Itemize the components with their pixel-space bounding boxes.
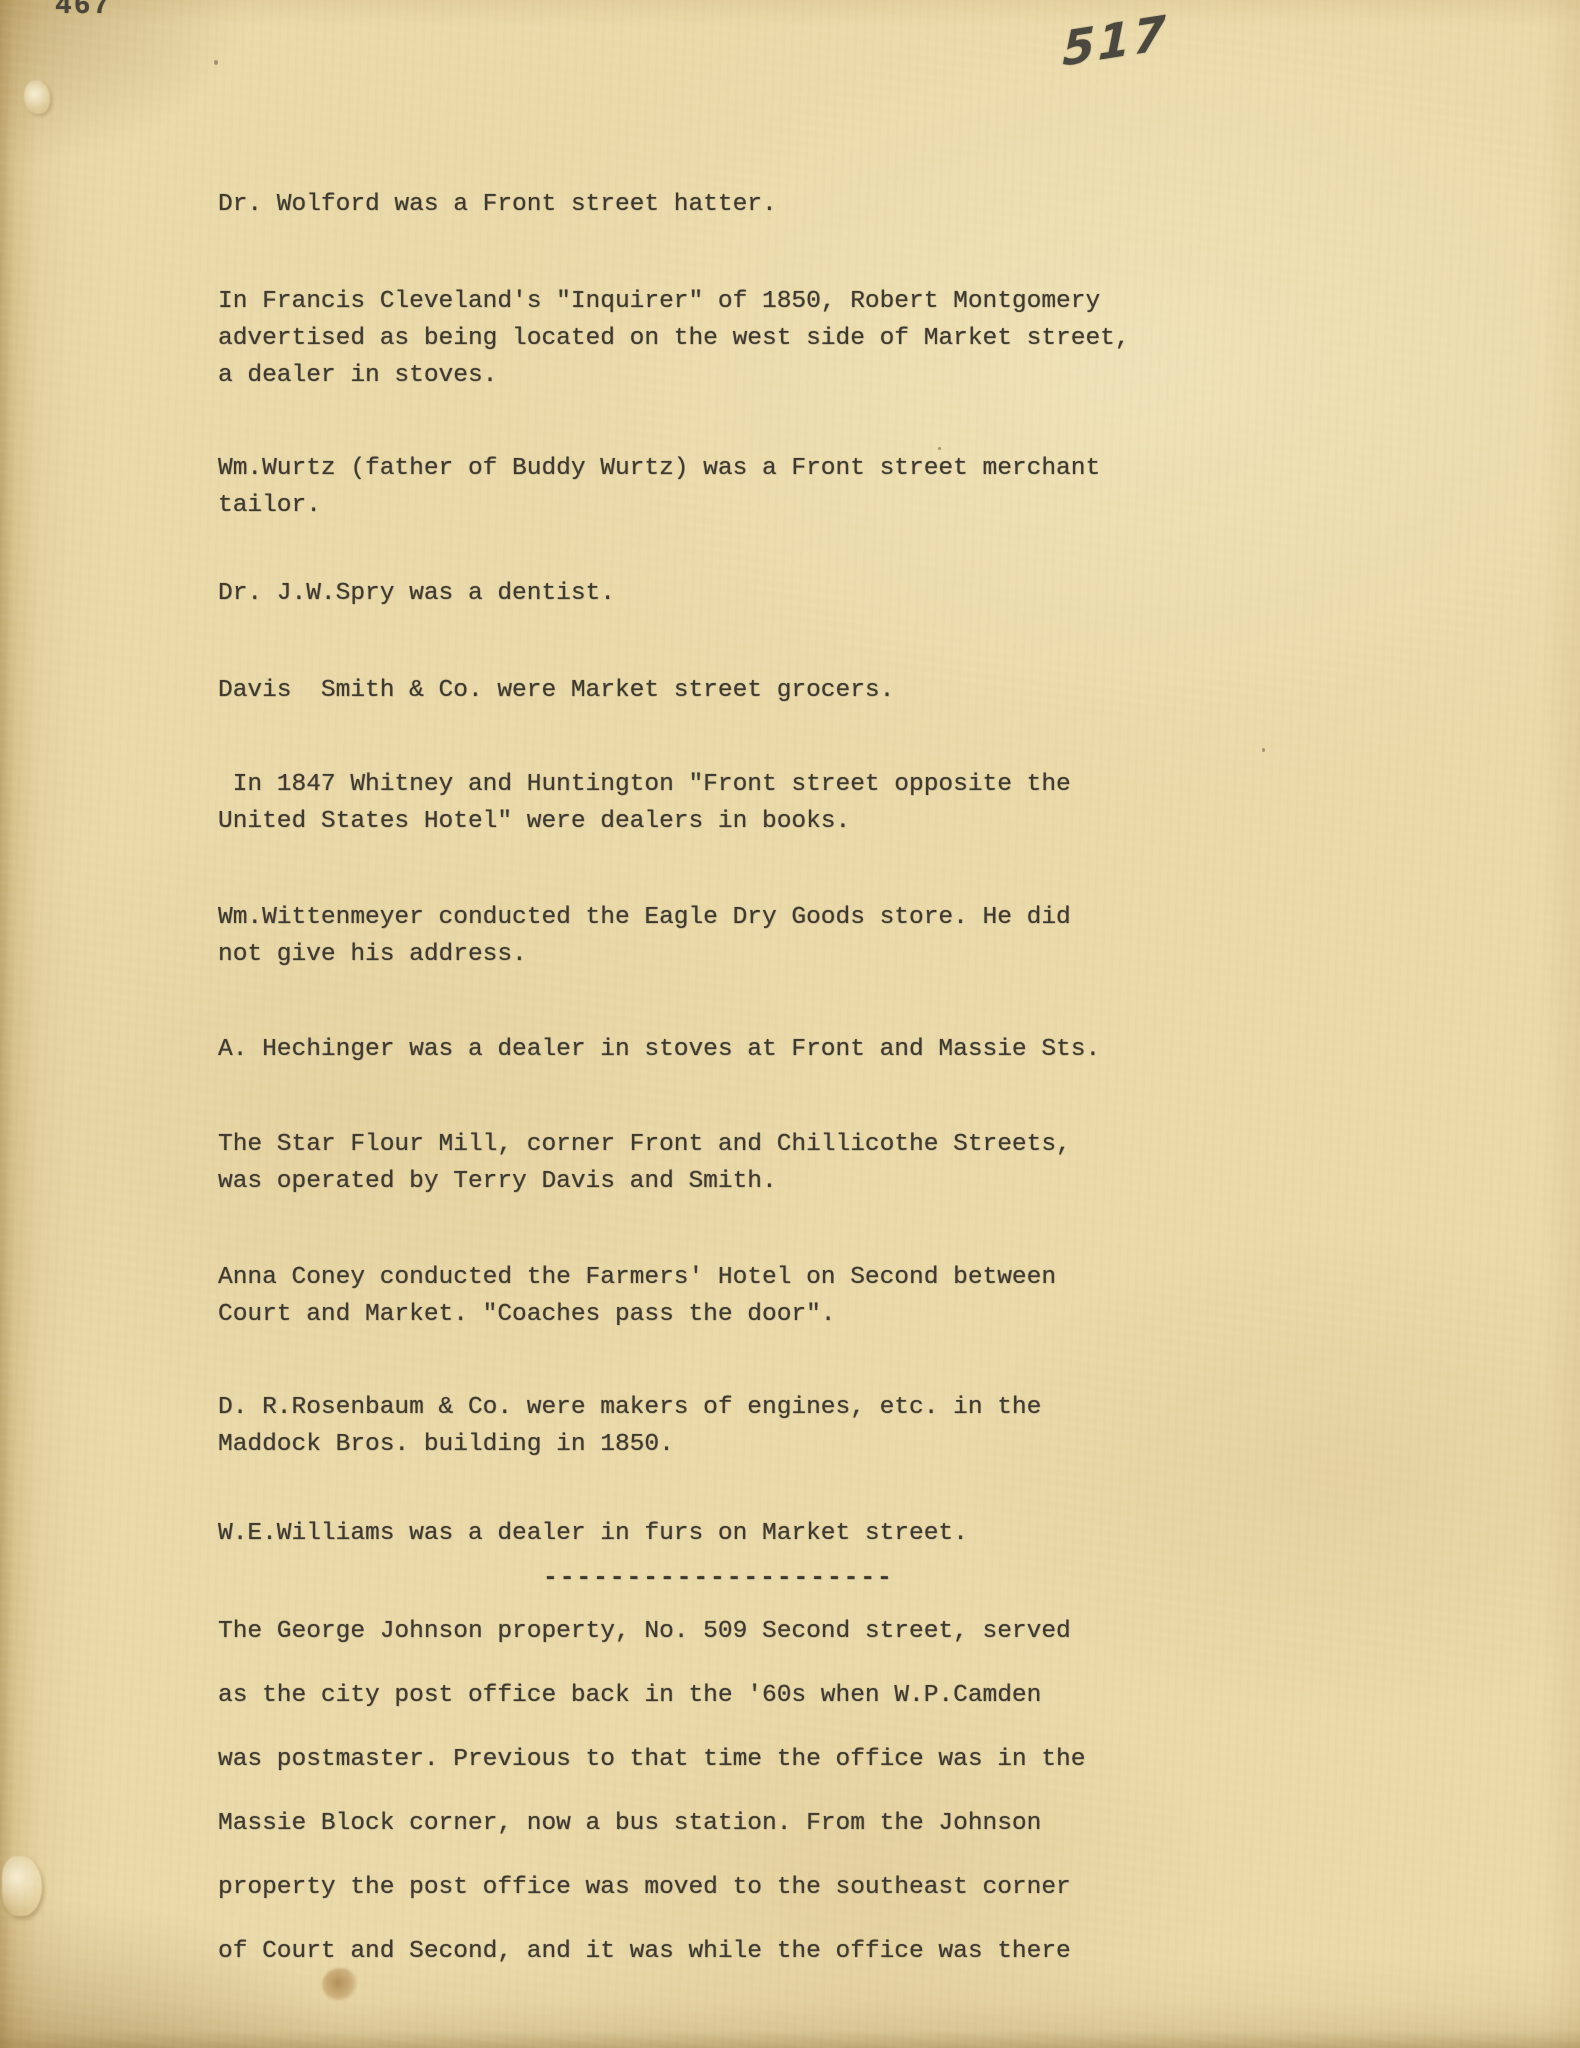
page-number-handwritten: 517	[1062, 5, 1169, 78]
dashed-divider: ---------------------	[543, 1560, 894, 1597]
paragraph-davis-smith-grocers: Davis Smith & Co. were Market street gro…	[218, 672, 894, 709]
paragraph-rosenbaum-engines: D. R.Rosenbaum & Co. were makers of engi…	[218, 1389, 1041, 1463]
paragraph-coney-farmers-hotel: Anna Coney conducted the Farmers' Hotel …	[218, 1259, 1056, 1333]
paragraph-cleveland-inquirer: In Francis Cleveland's "Inquirer" of 185…	[218, 283, 1130, 394]
ink-speck	[214, 60, 218, 65]
paragraph-wolford-hatter: Dr. Wolford was a Front street hatter.	[218, 186, 777, 223]
paragraph-spry-dentist: Dr. J.W.Spry was a dentist.	[218, 575, 615, 612]
document-page: 467 517 Dr. Wolford was a Front street h…	[0, 0, 1580, 2048]
ink-speck	[938, 447, 941, 450]
paper-crease	[24, 80, 50, 114]
ink-speck	[1262, 748, 1265, 752]
paper-stain	[322, 1968, 358, 2001]
paragraph-wurtz-tailor: Wm.Wurtz (father of Buddy Wurtz) was a F…	[218, 450, 1100, 524]
paragraph-hechinger-stoves: A. Hechinger was a dealer in stoves at F…	[218, 1031, 1100, 1068]
paragraph-wittenmeyer-eagle: Wm.Wittenmeyer conducted the Eagle Dry G…	[218, 899, 1071, 973]
paper-edge-tear	[2, 1856, 42, 1916]
paragraph-whitney-huntington: In 1847 Whitney and Huntington "Front st…	[218, 766, 1071, 840]
page-number-typed: 467	[55, 0, 111, 22]
paragraph-johnson-post-office: The George Johnson property, No. 509 Sec…	[218, 1600, 1085, 1984]
paragraph-williams-furs: W.E.Williams was a dealer in furs on Mar…	[218, 1515, 968, 1552]
paragraph-star-flour-mill: The Star Flour Mill, corner Front and Ch…	[218, 1126, 1071, 1200]
